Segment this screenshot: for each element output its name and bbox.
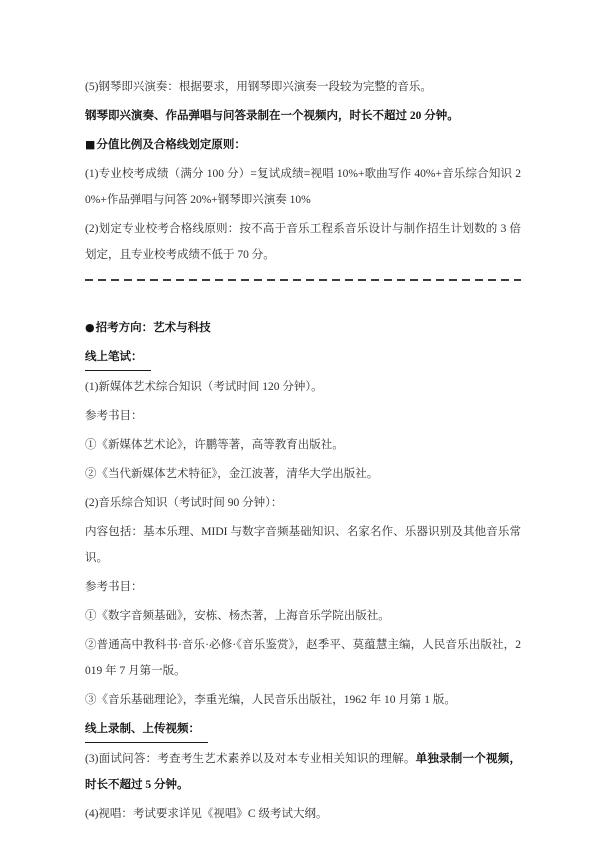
section-divider	[85, 279, 521, 281]
ref2-book-item: ③《音乐基础理论》，李重光编，人民音乐出版社，1962 年 10 月第 1 版。	[85, 687, 521, 713]
online-recording-heading-text: 线上录制、上传视频：	[85, 716, 208, 743]
recording-note: 钢琴即兴演奏、作品弹唱与问答录制在一个视频内，时长不超过 20 分钟。	[85, 103, 521, 129]
online-written-heading: 线上笔试：	[85, 344, 521, 371]
interview-qa-text: (3)面试问答：考查考生艺术素养以及对本专业相关知识的理解。	[85, 753, 416, 765]
ref2-book-item: ②普通高中教科书·音乐·必修·《音乐鉴赏》，赵季平、莫蕴慧主编，人民音乐出版社，…	[85, 632, 521, 684]
sight-singing-item: (4)视唱：考试要求详见《视唱》C 级考试大纲。	[85, 801, 521, 827]
music-exam-item: (2)音乐综合知识（考试时间 90 分钟）：	[85, 490, 521, 516]
direction-heading-text: 招考方向：艺术与科技	[96, 322, 211, 334]
score-ratio-heading-text: 分值比例及合格线划定原则：	[96, 139, 246, 151]
ref-books-label-1: 参考书目：	[85, 403, 521, 429]
direction-heading: ●招考方向：艺术与科技	[85, 315, 521, 341]
ref2-book-item: ①《数字音频基础》，安栋、杨杰著，上海音乐学院出版社。	[85, 603, 521, 629]
circle-bullet-icon: ●	[85, 321, 95, 334]
interview-qa-item: (3)面试问答：考查考生艺术素养以及对本专业相关知识的理解。单独录制一个视频，时…	[85, 746, 521, 798]
online-recording-heading: 线上录制、上传视频：	[85, 716, 521, 743]
online-written-heading-text: 线上笔试：	[85, 344, 151, 371]
new-media-exam-item: (1)新媒体艺术综合知识（考试时间 120 分钟）。	[85, 374, 521, 400]
square-bullet-icon: ■	[85, 138, 95, 151]
piano-improv-item: (5)钢琴即兴演奏：根据要求，用钢琴即兴演奏一段较为完整的音乐。	[85, 74, 521, 100]
score-ratio-heading: ■分值比例及合格线划定原则：	[85, 132, 521, 158]
pass-line-rule: (2)划定专业校考合格线原则：按不高于音乐工程系音乐设计与制作招生计划数的 3 …	[85, 216, 521, 268]
ref1-book-item: ①《新媒体艺术论》，许鹏等著，高等教育出版社。	[85, 432, 521, 458]
document-page: (5)钢琴即兴演奏：根据要求，用钢琴即兴演奏一段较为完整的音乐。 钢琴即兴演奏、…	[0, 0, 600, 849]
score-formula: (1)专业校考成绩（满分 100 分）=复试成绩=视唱 10%+歌曲写作 40%…	[85, 161, 521, 213]
ref1-book-item: ②《当代新媒体艺术特征》，金江波著，清华大学出版社。	[85, 461, 521, 487]
music-exam-content: 内容包括：基本乐理、MIDI 与数字音频基础知识、名家名作、乐器识别及其他音乐常…	[85, 519, 521, 571]
ref-books-label-2: 参考书目：	[85, 574, 521, 600]
